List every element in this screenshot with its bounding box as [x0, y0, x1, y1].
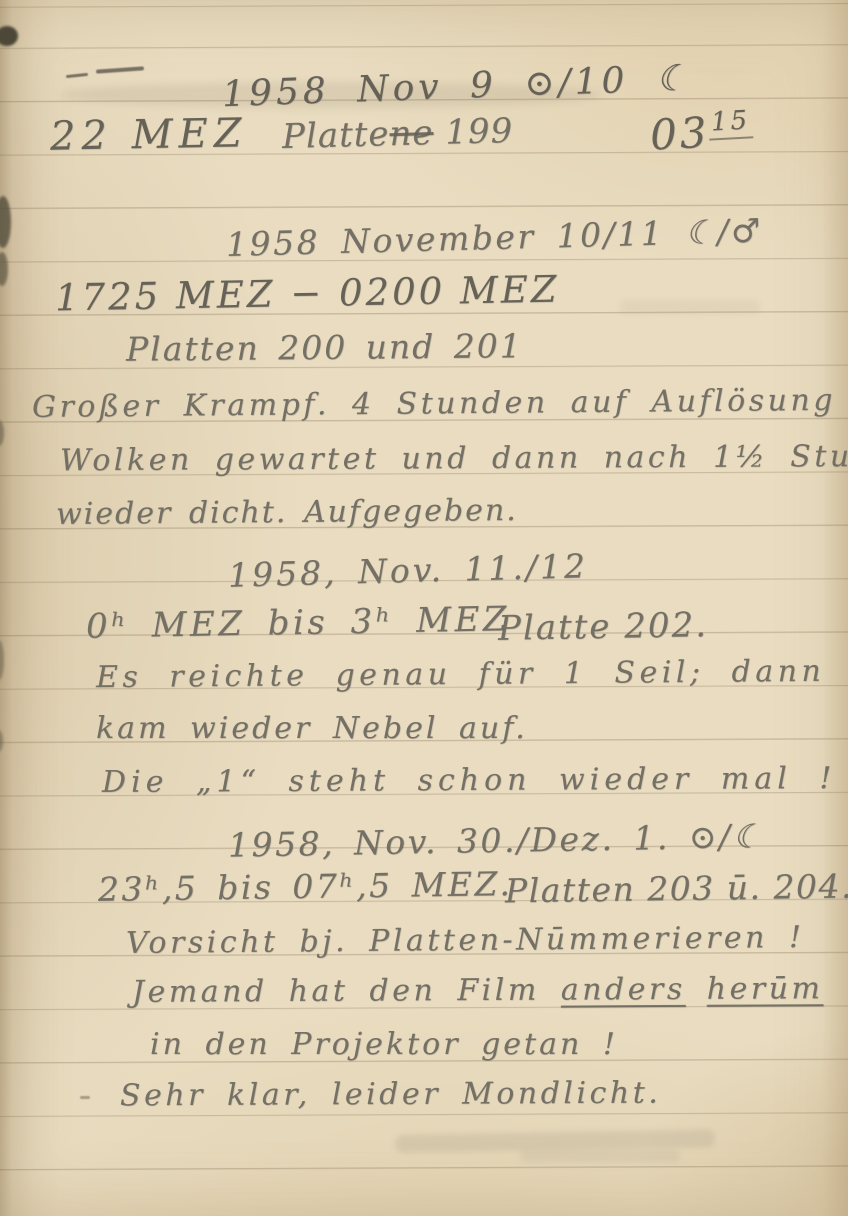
entry1-plate: Plattene 199 — [282, 111, 514, 157]
logbook-page: 1958 Nov 9 ⊙/10 ☾ 22 MEZ Plattene 199 03… — [0, 0, 848, 1216]
entry3-note-line-1: Es reichte genau für 1 Seil; dann — [96, 654, 826, 695]
entry1-plate-word: Platte — [282, 114, 390, 157]
entry4-time-range: 23ʰ,5 bis 07ʰ,5 MEZ. — [98, 864, 513, 909]
pencil-dash-mark — [66, 73, 88, 78]
entry1-date-header: 1958 Nov 9 ⊙/10 ☾ — [221, 58, 692, 115]
entry4-film-note-line-2: in den Projektor getan ! — [150, 1027, 618, 1062]
entry2-date-header: 1958 November 10/11 ☾/♂ — [226, 211, 764, 264]
entry1-exposure-superscript: 15 — [708, 105, 753, 140]
entry2-time-range: 1725 MEZ − 0200 MEZ — [55, 268, 560, 320]
entry3-note-line-2: kam wieder Nebel auf. — [96, 711, 528, 746]
entry4-film-note-line-1: Jemand hat den Film anders herūm — [132, 971, 824, 1010]
entry2-note-line-3: wieder dicht. Aufgegeben. — [56, 493, 518, 532]
entry1-time: 22 MEZ — [50, 110, 248, 159]
entry2-plates: Platten 200 und 201 — [126, 326, 523, 368]
edge-blot — [0, 252, 8, 286]
bleed-through-smudge — [620, 300, 760, 314]
edge-blot — [0, 730, 3, 752]
entry4-film-note-underlined-anders: anders — [561, 972, 686, 1008]
entry4-closing-remark: Sehr klar, leider Mondlicht. — [120, 1076, 661, 1114]
entry4-date-header: 1958, Nov. 30./Dez. 1. ⊙/☾ — [228, 816, 765, 864]
edge-blot — [0, 420, 4, 446]
entry4-film-note-space — [686, 972, 707, 1007]
edge-blot — [0, 640, 4, 680]
entry4-film-note-prefix: Jemand hat den Film — [132, 973, 561, 1010]
pencil-dash-mark — [80, 1096, 90, 1099]
entry2-note-line-2: Wolken gewartet und dann nach 1½ Stunde — [60, 439, 848, 478]
entry1-plate-number: 199 — [445, 111, 514, 153]
entry4-warning: Vorsicht bj. Platten-Nūmmerieren ! — [126, 920, 805, 961]
entry4-film-note-underlined-herum: herūm — [707, 971, 824, 1007]
entry3-note-line-3: Die „1“ steht schon wieder mal ! — [102, 761, 837, 800]
entry1-exposure-base: 03 — [649, 108, 711, 160]
entry3-plate: Platte 202. — [498, 605, 709, 649]
entry3-time-range: 0ʰ MEZ bis 3ʰ MEZ — [86, 599, 511, 646]
entry4-plates: Platten 203 ū. 204. — [505, 867, 848, 911]
entry2-note-line-1: Großer Krampf. 4 Stunden auf Auflösung d… — [32, 382, 848, 425]
entry1-exposure: 0315 — [649, 105, 754, 159]
entry1-plate-struck-text: ne — [389, 113, 434, 154]
pencil-dash-mark — [96, 66, 144, 73]
entry3-date-header: 1958, Nov. 11./12 — [228, 546, 589, 594]
corner-ink-blot — [0, 26, 18, 46]
bleed-through-smudge — [520, 1150, 680, 1162]
edge-blot — [0, 196, 11, 248]
